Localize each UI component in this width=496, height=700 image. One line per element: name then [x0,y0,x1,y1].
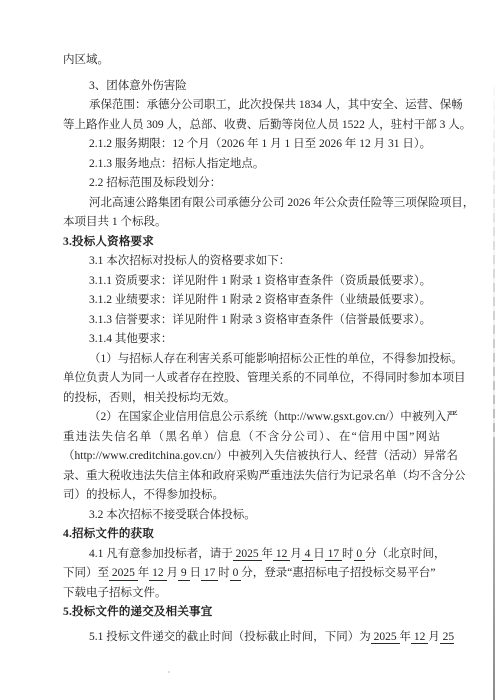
text-line: （1）与招标人存在利害关系可能影响招标公正性的单位，不得参加投标。 [63,350,460,370]
scan-speck [237,431,239,433]
text-line: 3.1.4 其他要求： [63,330,460,350]
text-segment: 河北高速公路集团有限公司承德分公司 2026 年公众责任险等三项保险项目， [89,197,474,209]
text-line: 下同）至 2025 年 12 月 9 日 17 时 0 分，登录“惠招标电子招投… [63,564,460,584]
document-content: 内区域。3、团体意外伤害险承保范围：承德分公司职工，此次投保共 1834 人，其… [63,51,460,647]
text-line: 2.2 招标范围及标段划分： [63,174,460,194]
section-heading: 5.投标文件的递交及相关事宜 [63,603,460,623]
text-segment: 3.1 本次招标对投标人的资格要求如下： [89,255,290,267]
text-line: 司）的投标人，不得参加投标。 [63,486,460,506]
underlined-value: 2025 [233,548,262,562]
text-line: 单位负责人为同一人或者存在控股、管理关系的不同单位，不得同时参加本项目 [63,369,460,389]
text-segment: 3.1.3 信誉要求：详见附件 1 附录 3 资格审查条件（信誉最低要求）。 [89,314,431,326]
underlined-value: 2025 [371,631,400,645]
text-segment: 下同）至 [63,567,109,579]
text-segment: 月 [167,567,179,579]
text-segment: 内区域。 [63,54,109,66]
text-segment: （1）与招标人存在利害关系可能影响招标公正性的单位，不得参加投标。 [89,353,463,365]
text-segment: 年 [138,567,150,579]
text-line: 内区域。 [63,51,460,71]
text-segment: 分，登录“惠招标电子招投标交易平台” [241,567,435,579]
text-segment: 分（北京时间， [365,548,446,560]
text-segment: 5.1 投标文件递交的截止时间（投标截止时间，下同）为 [89,631,371,643]
text-line: 录、重大税收违法失信主体和政府采购严重违法失信行为记录名单（均不含分公 [63,467,460,487]
text-segment: 4.1 凡有意参加投标者，请于 [89,548,233,560]
text-segment: 5.投标文件的递交及相关事宜 [63,606,212,618]
text-line: 3、团体意外伤害险 [63,77,460,97]
scan-edge-artifact-dashes [493,82,495,442]
text-segment: （2）在国家企业信用信息公示系统（http://www.gsxt.gov.cn/… [89,411,458,423]
section-heading: 4.招标文件的获取 [63,525,460,545]
text-line: 承保范围：承德分公司职工，此次投保共 1834 人，其中安全、运营、保畅 [63,96,460,116]
text-segment: 3.2 本次招标不接受联合体投标。 [89,509,256,521]
underlined-value: 17 [201,567,218,581]
text-line: 的投标，否则，相关投标均无效。 [63,389,460,409]
underlined-value: 4 [302,548,314,562]
text-line: 等上路作业人员 309 人，总部、收费、后勤等岗位人员 1522 人，驻村干部 … [63,116,460,136]
text-segment: 2.1.3 服务地点：招标人指定地点。 [89,158,264,170]
text-segment: 下载电子招标文件。 [63,587,167,599]
underlined-value: 17 [325,548,342,562]
text-line: 重违法失信名单（黑名单）信息（不含分公司）、在“信用中国”网站 [63,428,460,448]
text-line: 3.1.2 业绩要求：详见附件 1 附录 2 资格审查条件（业绩最低要求）。 [63,291,460,311]
text-line: 本项目共 1 个标段。 [63,213,460,233]
text-segment: 3.1.2 业绩要求：详见附件 1 附录 2 资格审查条件（业绩最低要求）。 [89,294,431,306]
text-segment: （http://www.creditchina.gov.cn/）中被列入失信被执… [63,450,458,462]
text-line: 3.2 本次招标不接受联合体投标。 [63,506,460,526]
text-segment: 年 [262,548,274,560]
text-line: 3.1.1 资质要求：详见附件 1 附录 1 资格审查条件（资质最低要求）。 [63,272,460,292]
text-segment: 月 [290,548,302,560]
text-segment: 3.1.1 资质要求：详见附件 1 附录 1 资格审查条件（资质最低要求）。 [89,275,431,287]
text-segment: 等上路作业人员 309 人，总部、收费、后勤等岗位人员 1522 人，驻村干部 … [63,119,471,131]
text-line: 5.1 投标文件递交的截止时间（投标截止时间，下同）为 2025 年 12 月 … [63,628,460,648]
text-segment: 时 [342,548,354,560]
text-segment: 承保范围：承德分公司职工，此次投保共 1834 人，其中安全、运营、保畅 [89,99,463,111]
underlined-value: 9 [178,567,190,581]
text-segment: 录、重大税收违法失信主体和政府采购严重违法失信行为记录名单（均不含分公 [63,470,466,482]
text-segment: 3.1.4 其他要求： [89,333,172,345]
text-line: 3.1 本次招标对投标人的资格要求如下： [63,252,460,272]
text-segment: 4.招标文件的获取 [63,528,154,540]
underlined-value: 0 [230,567,242,581]
text-segment: 2.1.2 服务期限：12 个月（2026 年 1 月 1 日至 2026 年 … [89,138,431,150]
text-line: 4.1 凡有意参加投标者，请于 2025 年 12 月 4 日 17 时 0 分… [63,545,460,565]
text-line: 河北高速公路集团有限公司承德分公司 2026 年公众责任险等三项保险项目， [63,194,460,214]
text-segment: 司）的投标人，不得参加投标。 [63,489,224,501]
document-page: 内区域。3、团体意外伤害险承保范围：承德分公司职工，此次投保共 1834 人，其… [0,0,496,700]
text-segment: 时 [218,567,230,579]
text-segment: 3、团体意外伤害险 [89,80,187,92]
text-segment: 日 [313,548,325,560]
text-line: 2.1.2 服务期限：12 个月（2026 年 1 月 1 日至 2026 年 … [63,135,460,155]
text-segment: 2.2 招标范围及标段划分： [89,177,221,189]
text-segment: 月 [428,631,440,643]
text-line: （2）在国家企业信用信息公示系统（http://www.gsxt.gov.cn/… [63,408,460,428]
text-segment: 年 [400,631,412,643]
text-segment: 本项目共 1 个标段。 [63,216,167,228]
text-segment: 日 [190,567,202,579]
section-heading: 3.投标人资格要求 [63,233,460,253]
scan-speck [168,671,170,673]
underlined-value: 12 [273,548,290,562]
text-line: （http://www.creditchina.gov.cn/）中被列入失信被执… [63,447,460,467]
text-segment: 3.投标人资格要求 [63,236,154,248]
text-segment: 的投标，否则，相关投标均无效。 [63,392,236,404]
underlined-value: 25 [440,631,454,645]
underlined-value: 12 [149,567,166,581]
underlined-value: 2025 [109,567,138,581]
underlined-value: 12 [411,631,428,645]
text-line: 下载电子招标文件。 [63,584,460,604]
underlined-value: 0 [354,548,366,562]
text-segment: 重违法失信名单（黑名单）信息（不含分公司）、在“信用中国”网站 [63,431,441,443]
text-line: 2.1.3 服务地点：招标人指定地点。 [63,155,460,175]
text-line: 3.1.3 信誉要求：详见附件 1 附录 3 资格审查条件（信誉最低要求）。 [63,311,460,331]
text-segment: 单位负责人为同一人或者存在控股、管理关系的不同单位，不得同时参加本项目 [63,372,466,384]
